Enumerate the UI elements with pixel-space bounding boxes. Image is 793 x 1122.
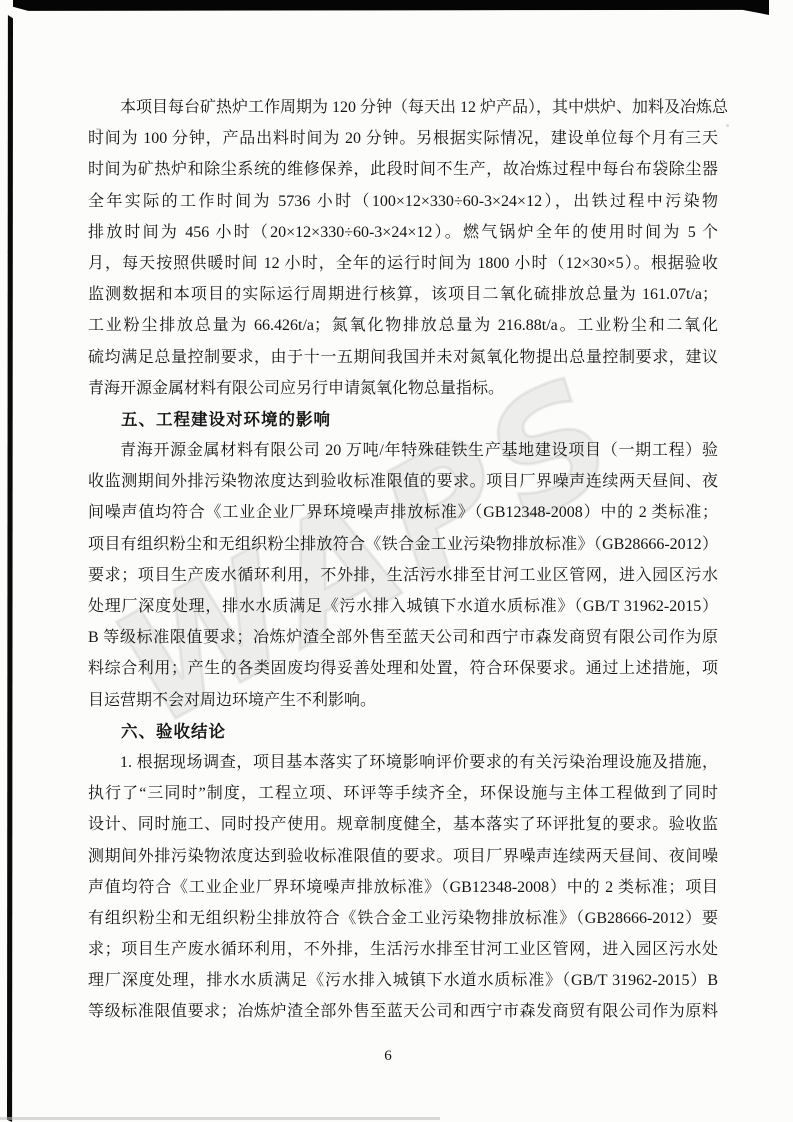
- document-page: WAPS 本项目每台矿热炉工作周期为 120 分钟（每天出 12 炉产品），其中…: [0, 0, 793, 1122]
- text-line: 理厂深度处理，排水水质满足《污水排入城镇下水道水质标准》（GB/T 31962-…: [88, 965, 718, 996]
- text-line: 有组织粉尘和无组织粉尘排放符合《铁合金工业污染物排放标准》（GB28666-20…: [88, 903, 718, 934]
- text-line: 项目有组织粉尘和无组织粉尘排放符合《铁合金工业污染物排放标准》（GB28666-…: [88, 529, 718, 560]
- text-line: 要求；项目生产废水循环利用，不外排，生活污水排至甘河工业区管网，进入园区污水: [88, 560, 718, 591]
- text-line: 执行了“三同时”制度，工程立项、环评等手续齐全，环保设施与主体工程做到了同时: [88, 778, 718, 809]
- section-heading: 六、验收结论: [88, 716, 718, 747]
- text-line: 设计、同时施工、同时投产使用。规章制度健全，基本落实了环评批复的要求。验收监: [88, 809, 718, 840]
- document-body: 本项目每台矿热炉工作周期为 120 分钟（每天出 12 炉产品），其中烘炉、加料…: [88, 92, 718, 1028]
- text-line: 处理厂深度处理，排水水质满足《污水排入城镇下水道水质标准》（GB/T 31962…: [88, 591, 718, 622]
- text-line: 工业粉尘排放总量为 66.426t/a；氮氧化物排放总量为 216.88t/a。…: [88, 310, 718, 341]
- text-line: 本项目每台矿热炉工作周期为 120 分钟（每天出 12 炉产品），其中烘炉、加料…: [88, 92, 718, 123]
- text-line: 监测数据和本项目的实际运行周期进行核算，该项目二氧化硫排放总量为 161.07t…: [88, 279, 718, 310]
- text-line: 等级标准限值要求；冶炼炉渣全部外售至蓝天公司和西宁市森发商贸有限公司作为原料: [88, 996, 718, 1027]
- text-line: 排放时间为 456 小时（20×12×330÷60-3×24×12）。燃气锅炉全…: [88, 217, 718, 248]
- text-line: 料综合利用；产生的各类固废均得妥善处理和处置，符合环保要求。通过上述措施，项: [88, 653, 718, 684]
- text-line: 声值均符合《工业企业厂界环境噪声排放标准》（GB12348-2008）中的 2 …: [88, 872, 718, 903]
- scan-speck: [726, 124, 729, 127]
- scan-artifact-bottom-edge: [0, 1117, 440, 1120]
- text-line: 时间为矿热炉和除尘系统的维修保养，此段时间不生产，故冶炼过程中每台布袋除尘器: [88, 154, 718, 185]
- text-line: 月，每天按照供暖时间 12 小时，全年的运行时间为 1800 小时（12×30×…: [88, 248, 718, 279]
- text-line: 1. 根据现场调查，项目基本落实了环境影响评价要求的有关污染治理设施及措施，: [88, 747, 718, 778]
- section-heading: 五、工程建设对环境的影响: [88, 404, 718, 435]
- text-line: B 等级标准限值要求；冶炼炉渣全部外售至蓝天公司和西宁市森发商贸有限公司作为原: [88, 622, 718, 653]
- text-line: 间噪声值均符合《工业企业厂界环境噪声排放标准》（GB12348-2008）中的 …: [88, 497, 718, 528]
- text-line: 青海开源金属材料有限公司应另行申请氮氧化物总量指标。: [88, 373, 718, 404]
- text-line: 求；项目生产废水循环利用，不外排，生活污水排至甘河工业区管网，进入园区污水处: [88, 934, 718, 965]
- scan-artifact-left-edge: [7, 15, 13, 1122]
- text-line: 收监测期间外排污染物浓度达到验收标准限值的要求。项目厂界噪声连续两天昼间、夜: [88, 466, 718, 497]
- text-line: 青海开源金属材料有限公司 20 万吨/年特殊硅铁生产基地建设项目（一期工程）验: [88, 435, 718, 466]
- text-line: 目运营期不会对周边环境产生不利影响。: [88, 685, 718, 716]
- text-line: 测期间外排污染物浓度达到验收标准限值的要求。项目厂界噪声连续两天昼间、夜间噪: [88, 841, 718, 872]
- scan-artifact-top-edge: [13, 0, 769, 17]
- text-line: 时间为 100 分钟，产品出料时间为 20 分钟。另根据实际情况，建设单位每个月…: [88, 123, 718, 154]
- page-number: 6: [88, 1048, 688, 1065]
- text-line: 硫均满足总量控制要求，由于十一五期间我国并未对氮氧化物提出总量控制要求，建议: [88, 342, 718, 373]
- text-line: 全年实际的工作时间为 5736 小时（100×12×330÷60-3×24×12…: [88, 186, 718, 217]
